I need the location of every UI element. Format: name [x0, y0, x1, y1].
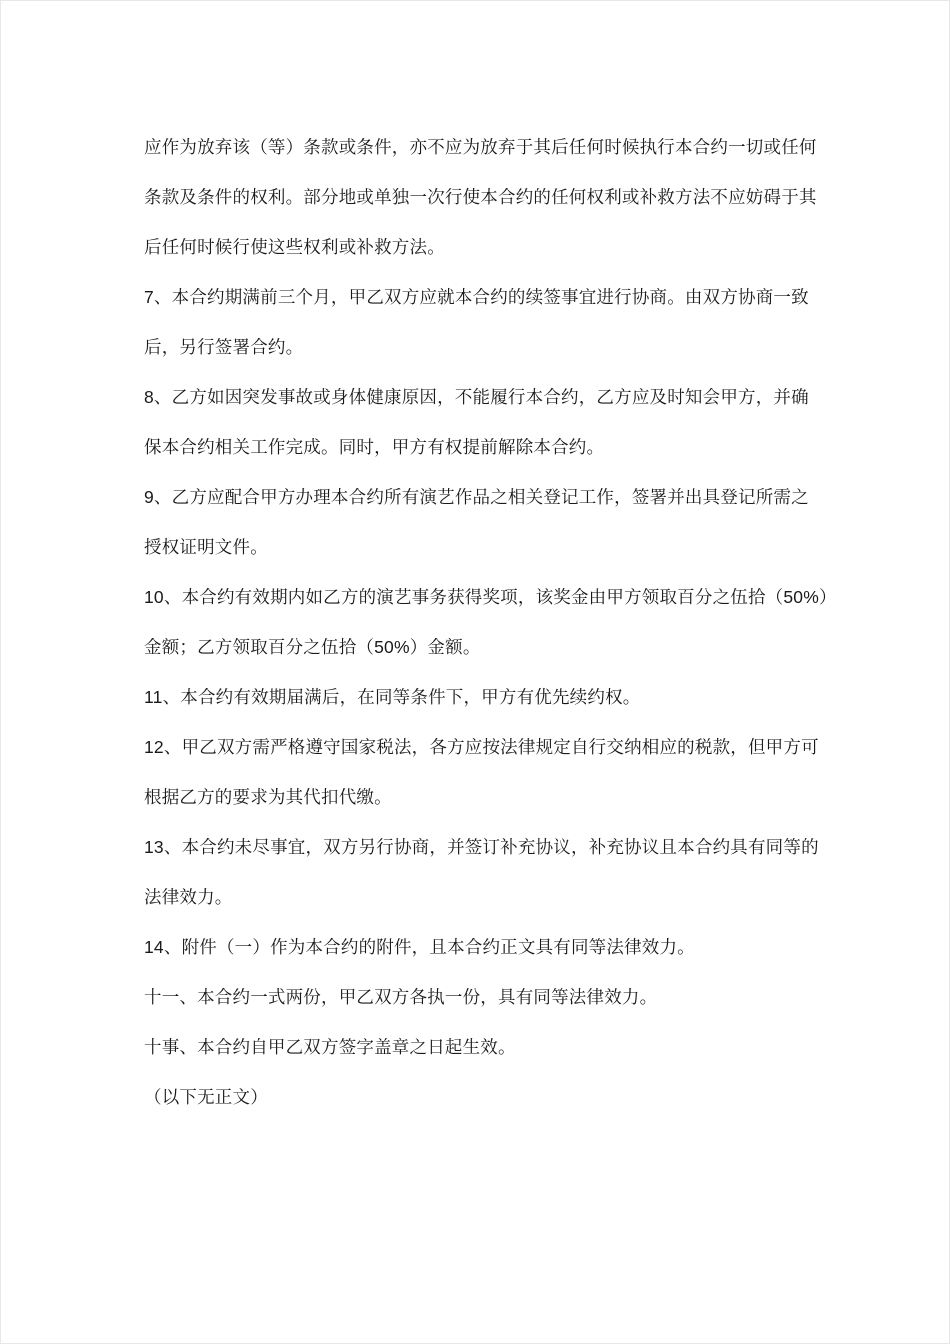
clause-11-priority-renewal: 11、本合约有效期届满后，在同等条件下，甲方有优先续约权。	[144, 672, 884, 722]
clause-8-accident-health: 8、乙方如因突发事故或身体健康原因，不能履行本合约，乙方应及时知会甲方，并确 保…	[144, 372, 884, 472]
end-of-text-note: （以下无正文）	[144, 1072, 884, 1122]
document-body: 应作为放弃该（等）条款或条件，亦不应为放弃于其后任何时候执行本合约一切或任何 条…	[144, 122, 884, 1122]
clause-13-supplementary-agreement: 13、本合约未尽事宜，双方另行协商，并签订补充协议，补充协议且本合约具有同等的 …	[144, 822, 884, 922]
clause-effective-date: 十事、本合约自甲乙双方签字盖章之日起生效。	[144, 1022, 884, 1072]
clause-duplicate-copies: 十一、本合约一式两份，甲乙双方各执一份，具有同等法律效力。	[144, 972, 884, 1022]
clause-10-award-split: 10、本合约有效期内如乙方的演艺事务获得奖项，该奖金由甲方领取百分之伍拾（50%…	[144, 572, 884, 672]
clause-waiver-continuation: 应作为放弃该（等）条款或条件，亦不应为放弃于其后任何时候执行本合约一切或任何 条…	[144, 122, 884, 272]
clause-12-tax-compliance: 12、甲乙双方需严格遵守国家税法，各方应按法律规定自行交纳相应的税款，但甲方可 …	[144, 722, 884, 822]
clause-7-renewal-negotiation: 7、本合约期满前三个月，甲乙双方应就本合约的续签事宜进行协商。由双方协商一致 后…	[144, 272, 884, 372]
clause-9-registration-authorization: 9、乙方应配合甲方办理本合约所有演艺作品之相关登记工作，签署并出具登记所需之 授…	[144, 472, 884, 572]
contract-document-page: 应作为放弃该（等）条款或条件，亦不应为放弃于其后任何时候执行本合约一切或任何 条…	[0, 0, 950, 1344]
clause-14-attachment: 14、附件（一）作为本合约的附件，且本合约正文具有同等法律效力。	[144, 922, 884, 972]
